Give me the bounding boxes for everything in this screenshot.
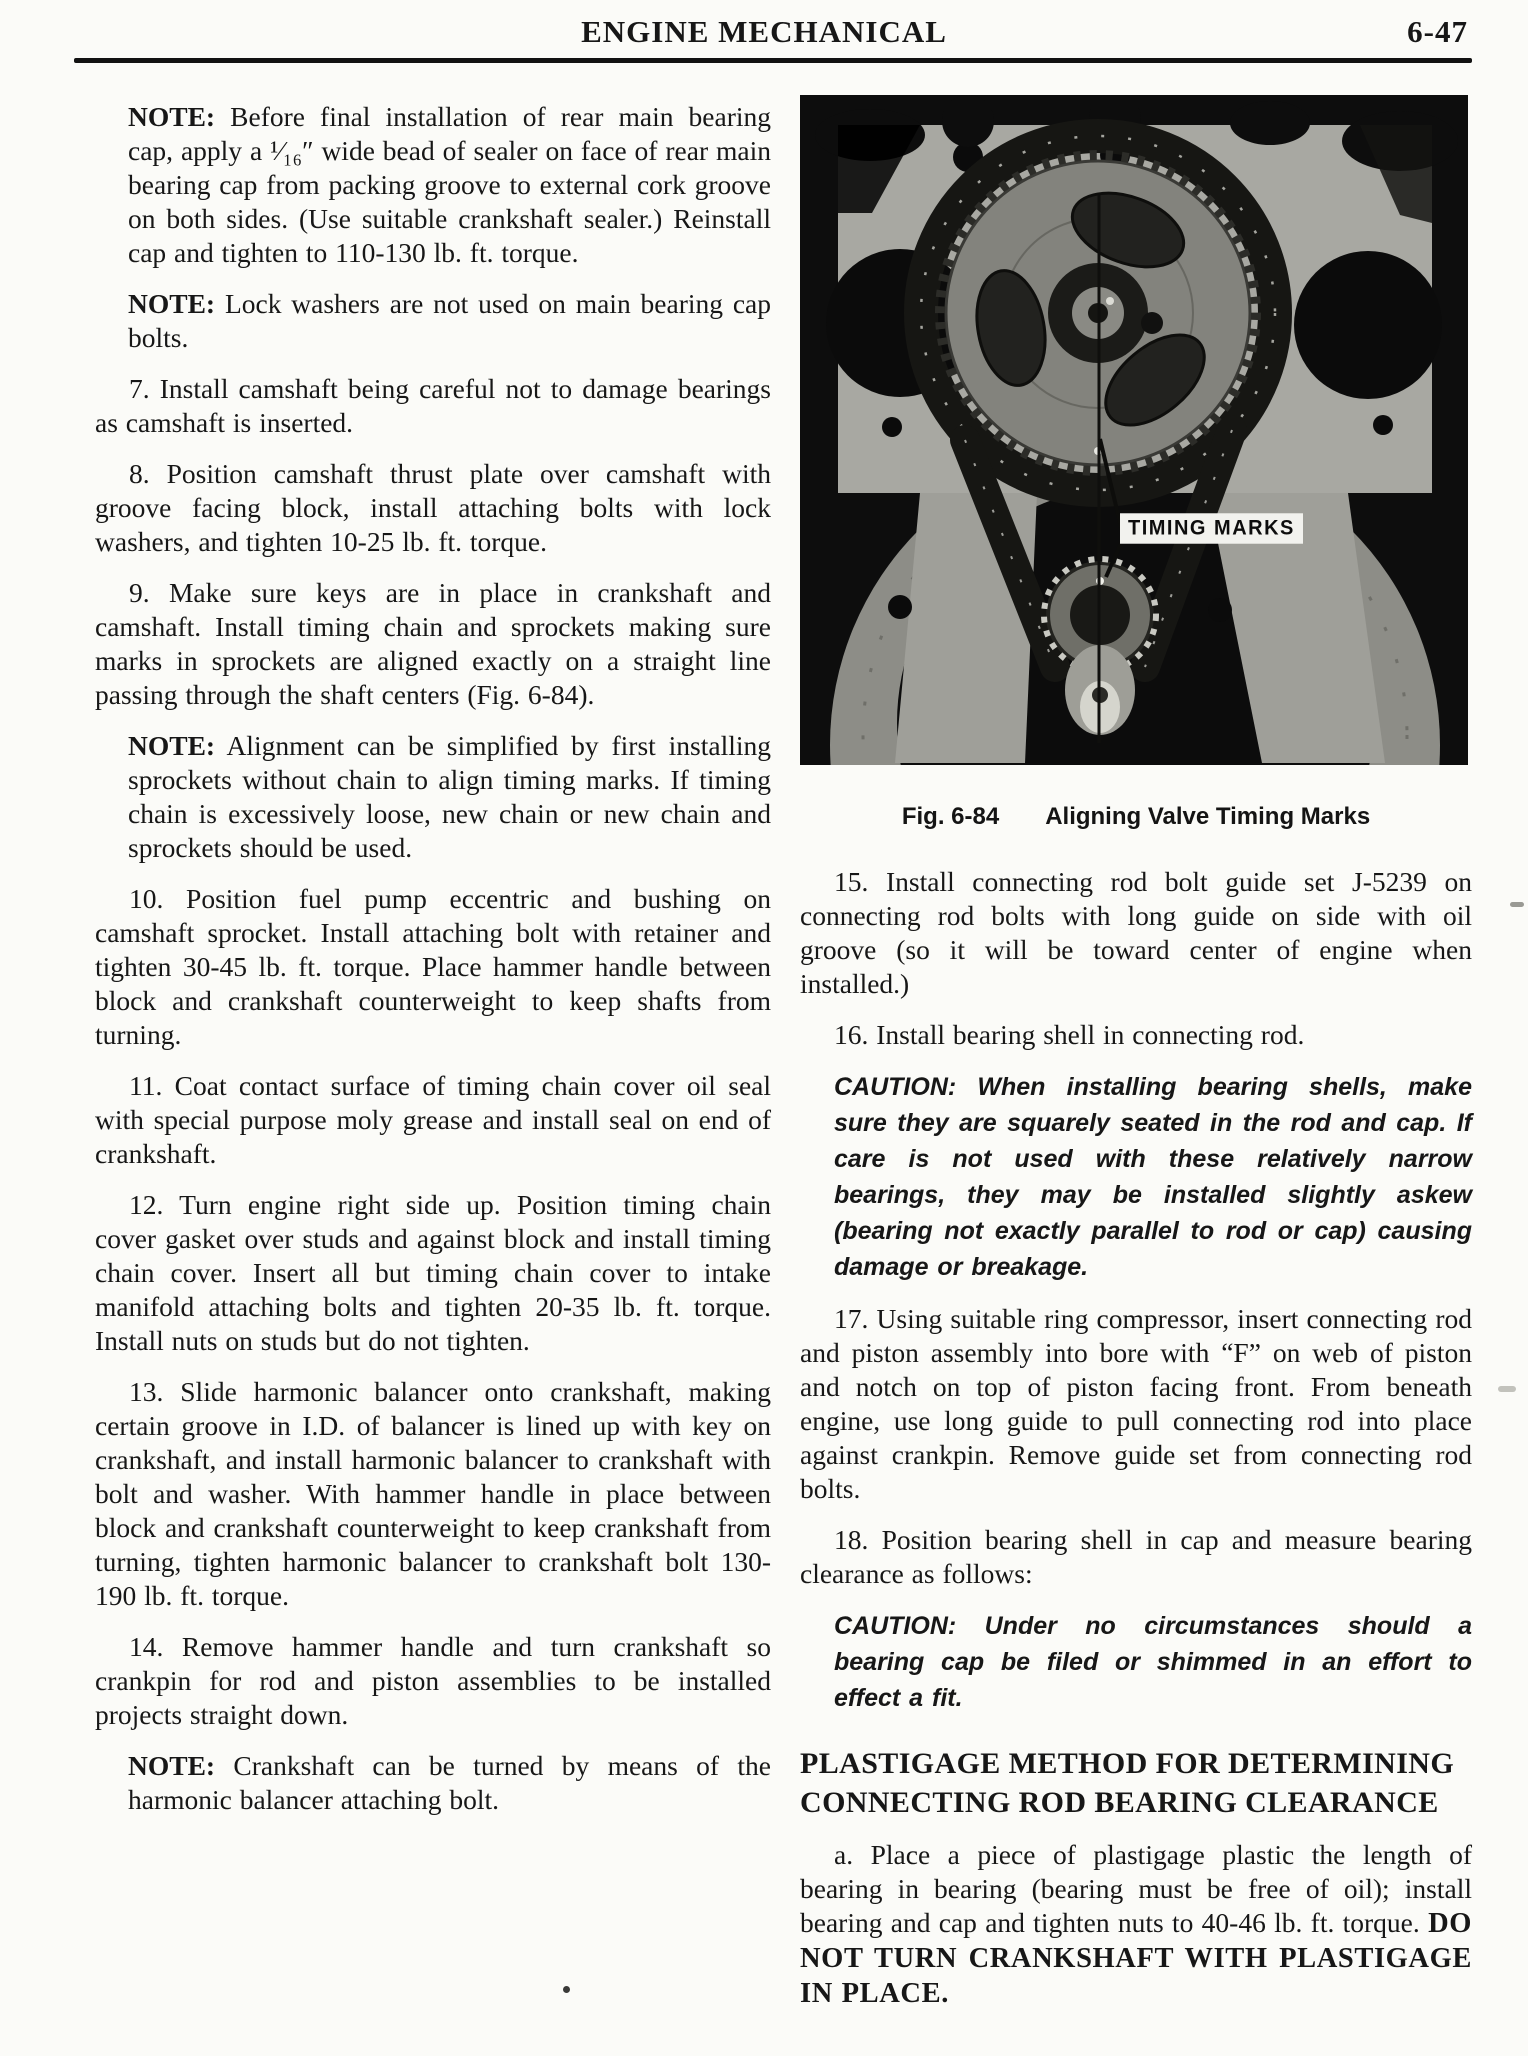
figure-title: Aligning Valve Timing Marks	[1045, 803, 1370, 831]
page-title: ENGINE MECHANICAL	[0, 14, 1528, 50]
figure-6-84: TIMING MARKS Fig. 6-84 Aligning Valve Ti…	[800, 95, 1472, 831]
final-text: a. Place a piece of plastigage plastic t…	[800, 1839, 1472, 1938]
timing-chain-illustration	[800, 95, 1468, 765]
page-number: 6-47	[1407, 14, 1468, 50]
note-text: Alignment can be simplified by first ins…	[128, 730, 771, 863]
step-paragraph: 11. Coat contact surface of timing chain…	[95, 1069, 771, 1171]
scan-artifact	[1510, 902, 1524, 907]
note-label: NOTE:	[128, 101, 215, 132]
caution-paragraph: CAUTION: When installing bearing shells,…	[834, 1069, 1472, 1285]
note-paragraph: NOTE: Alignment can be simplified by fir…	[128, 729, 771, 865]
step-paragraph: 18. Position bearing shell in cap and me…	[800, 1523, 1472, 1591]
manual-page: ENGINE MECHANICAL 6-47 NOTE: Before fina…	[0, 0, 1528, 2056]
note-paragraph: NOTE: Before final installation of rear …	[128, 100, 771, 270]
note-text: Lock washers are not used on main bearin…	[128, 288, 771, 353]
left-column: NOTE: Before final installation of rear …	[95, 100, 771, 1834]
step-paragraph: 7. Install camshaft being careful not to…	[95, 372, 771, 440]
step-paragraph: 17. Using suitable ring compressor, inse…	[800, 1302, 1472, 1506]
step-paragraph: 10. Position fuel pump eccentric and bus…	[95, 882, 771, 1052]
timing-marks-label: TIMING MARKS	[1120, 513, 1303, 543]
note-label: NOTE:	[128, 730, 215, 761]
step-paragraph: 15. Install connecting rod bolt guide se…	[800, 865, 1472, 1001]
header-rule	[74, 58, 1472, 63]
step-paragraph: 14. Remove hammer handle and turn cranks…	[95, 1630, 771, 1732]
right-column: TIMING MARKS Fig. 6-84 Aligning Valve Ti…	[800, 95, 1472, 2028]
figure-caption: Fig. 6-84 Aligning Valve Timing Marks	[800, 803, 1472, 831]
caution-paragraph: CAUTION: Under no circumstances should a…	[834, 1608, 1472, 1716]
note-paragraph: NOTE: Crankshaft can be turned by means …	[128, 1749, 771, 1817]
figure-number: Fig. 6-84	[902, 803, 999, 831]
note-text: Before final installation of rear main b…	[128, 101, 771, 268]
note-label: NOTE:	[128, 1750, 215, 1781]
final-paragraph: a. Place a piece of plastigage plastic t…	[800, 1838, 1472, 2011]
step-paragraph: 9. Make sure keys are in place in cranks…	[95, 576, 771, 712]
note-label: NOTE:	[128, 288, 215, 319]
scan-artifact	[563, 1986, 570, 1993]
note-paragraph: NOTE: Lock washers are not used on main …	[128, 287, 771, 355]
scan-artifact	[1498, 1386, 1516, 1392]
timing-chain-photo: TIMING MARKS	[800, 95, 1468, 765]
step-paragraph: 13. Slide harmonic balancer onto cranksh…	[95, 1375, 771, 1613]
step-paragraph: 8. Position camshaft thrust plate over c…	[95, 457, 771, 559]
step-paragraph: 12. Turn engine right side up. Position …	[95, 1188, 771, 1358]
section-heading: PLASTIGAGE METHOD FOR DETERMINING CONNEC…	[800, 1744, 1472, 1822]
note-text: Crankshaft can be turned by means of the…	[128, 1750, 771, 1815]
step-paragraph: 16. Install bearing shell in connecting …	[800, 1018, 1472, 1052]
